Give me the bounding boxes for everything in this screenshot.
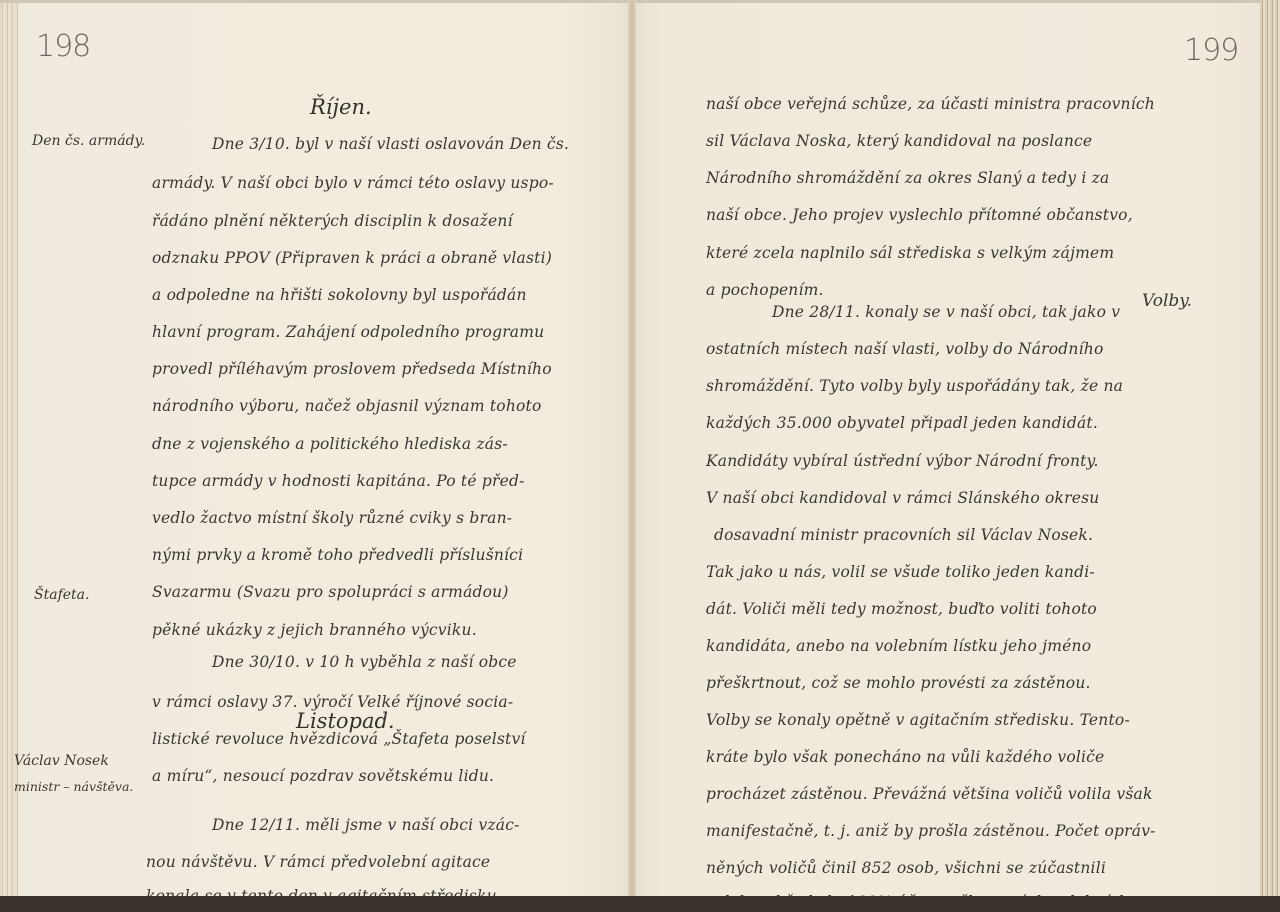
text-line: Národního shromáždění za okres Slaný a t… xyxy=(706,169,1109,187)
text-line: nými prvky a kromě toho předvedli příslu… xyxy=(152,546,523,564)
text-line: Dne 30/10. v 10 h vyběhla z naší obce xyxy=(212,653,517,671)
text-line: kandidáta, anebo na volebním lístku jeho… xyxy=(706,637,1091,655)
margin-note: Štafeta. xyxy=(34,587,89,603)
text-line: Kandidáty vybíral ústřední výbor Národní… xyxy=(706,452,1099,470)
text-line: dát. Voliči měli tedy možnost, buďto vol… xyxy=(706,600,1097,618)
book-gutter xyxy=(628,0,636,896)
margin-note: Volby. xyxy=(1142,291,1192,311)
text-line: hlavní program. Zahájení odpoledního pro… xyxy=(152,323,544,341)
table-surface xyxy=(0,896,1280,912)
text-line: ostatních místech naší vlasti, volby do … xyxy=(706,340,1103,358)
text-line: V naší obci kandidoval v rámci Slánského… xyxy=(706,489,1099,507)
text-line: národního výboru, načež objasnil význam … xyxy=(152,397,542,415)
text-line: každých 35.000 obyvatel připadl jeden ka… xyxy=(706,414,1098,432)
text-line: provedl příléhavým proslovem předseda Mí… xyxy=(152,360,552,378)
text-line: Volby se konaly opětně v agitačním střed… xyxy=(706,711,1130,729)
text-line: dosavadní ministr pracovních sil Václav … xyxy=(714,526,1093,544)
text-line: sil Václava Noska, který kandidoval na p… xyxy=(706,132,1092,150)
margin-note: ministr – návštěva. xyxy=(14,779,133,794)
text-line: shromáždění. Tyto volby byly uspořádány … xyxy=(706,377,1123,395)
text-line: Dne 12/11. měli jsme v naší obci vzác- xyxy=(212,816,520,834)
text-line: procházet zástěnou. Převážná většina vol… xyxy=(706,785,1153,803)
right-page-edges xyxy=(1260,0,1280,912)
margin-note: Václav Nosek xyxy=(14,753,109,769)
margin-note: Den čs. armády. xyxy=(32,133,145,149)
text-line: nou návštěvu. V rámci předvolební agitac… xyxy=(146,853,490,871)
text-line: tupce armády v hodnosti kapitána. Po té … xyxy=(152,472,525,490)
text-line: kráte bylo však ponecháno na vůli každéh… xyxy=(706,748,1104,766)
text-line: odznaku PPOV (Připraven k práci a obraně… xyxy=(152,249,552,267)
text-line: dne z vojenského a politického hlediska … xyxy=(152,435,508,453)
text-line: vedlo žactvo místní školy různé cviky s … xyxy=(152,509,512,527)
text-line: a odpoledne na hřišti sokolovny byl uspo… xyxy=(152,286,527,304)
right-page: 199 Volby.naší obce veřejná schůze, za ú… xyxy=(632,0,1264,899)
text-line: a pochopením. xyxy=(706,281,824,299)
page-number-right: 199 xyxy=(1184,33,1238,68)
text-line: armády. V naší obci bylo v rámci této os… xyxy=(152,174,554,192)
text-line: a míru“, nesoucí pozdrav sovětskému lidu… xyxy=(152,767,494,785)
text-line: pěkné ukázky z jejich branného výcviku. xyxy=(152,621,477,639)
text-line: něných voličů činil 852 osob, všichni se… xyxy=(706,859,1106,877)
text-line: naší obce veřejná schůze, za účasti mini… xyxy=(706,95,1155,113)
text-line: přeškrtnout, což se mohlo provésti za zá… xyxy=(706,674,1091,692)
page-number-left: 198 xyxy=(36,29,90,64)
text-line: Dne 28/11. konaly se v naší obci, tak ja… xyxy=(772,303,1120,321)
month-heading: Říjen. xyxy=(310,95,372,119)
text-line: Tak jako u nás, volil se všude toliko je… xyxy=(706,563,1095,581)
text-line: naší obce. Jeho projev vyslechlo přítomn… xyxy=(706,206,1133,224)
text-line: v rámci oslavy 37. výročí Velké říjnové … xyxy=(152,693,513,711)
text-line: řádáno plnění některých disciplin k dosa… xyxy=(152,212,513,230)
text-line: manifestačně, t. j. aniž by prošla zástě… xyxy=(706,822,1156,840)
text-line: Dne 3/10. byl v naší vlasti oslavován De… xyxy=(212,135,569,153)
text-line: listické revoluce hvězdicová „Štafeta po… xyxy=(152,730,526,748)
left-page: 198 Říjen.Listopad.Den čs. armády.Štafet… xyxy=(0,0,632,899)
open-book: 198 Říjen.Listopad.Den čs. armády.Štafet… xyxy=(0,0,1280,912)
text-line: které zcela naplnilo sál střediska s vel… xyxy=(706,244,1114,262)
text-line: Svazarmu (Svazu pro spolupráci s armádou… xyxy=(152,583,509,601)
